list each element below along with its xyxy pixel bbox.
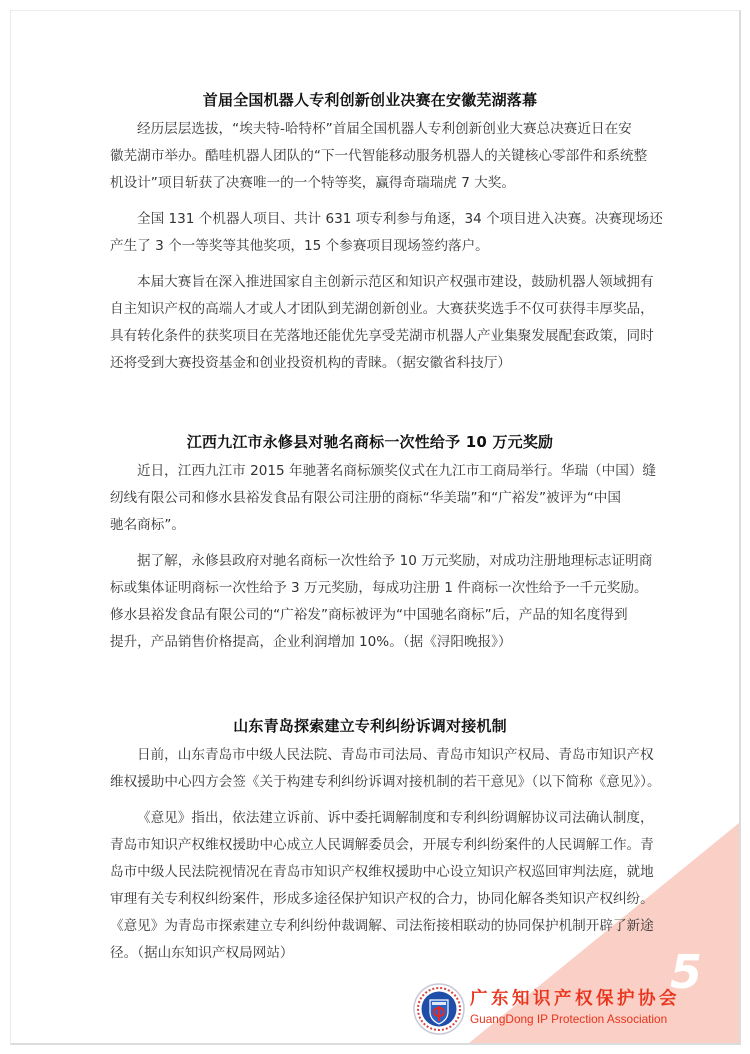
text-line: 修水县裕发食品有限公司的“广裕发”商标被评为“中国驰名商标”后，产品的知名度得到	[110, 602, 630, 629]
article-title: 山东青岛探索建立专利纠纷诉调对接机制	[110, 714, 630, 738]
text-line: 提升，产品销售价格提高，企业利润增加 10%。（据《浔阳晚报》）	[110, 629, 630, 656]
text-line: 近日，江西九江市 2015 年驰著名商标颁奖仪式在九江市工商局举行。华瑞（中国）…	[110, 458, 630, 485]
text-line: 驰名商标”。	[110, 512, 630, 539]
association-emblem-icon	[412, 982, 466, 1036]
text-line: 日前，山东青岛市中级人民法院、青岛市司法局、青岛市知识产权局、青岛市知识产权	[110, 742, 630, 769]
text-line: 《意见》指出，依法建立诉前、诉中委托调解制度和专利纠纷调解协议司法确认制度，	[110, 805, 630, 832]
article-paragraph: 近日，江西九江市 2015 年驰著名商标颁奖仪式在九江市工商局举行。华瑞（中国）…	[110, 458, 630, 539]
article-title: 首届全国机器人专利创新创业决赛在安徽芜湖落幕	[110, 88, 630, 112]
text-line: 青岛市知识产权维权援助中心成立人民调解委员会，开展专利纠纷案件的人民调解工作。青	[110, 832, 630, 859]
text-line: 《意见》为青岛市探索建立专利纠纷仲裁调解、司法衔接相联动的协同保护机制开辟了新途	[110, 913, 630, 940]
text-line: 维权援助中心四方会签《关于构建专利纠纷诉调对接机制的若干意见》（以下简称《意见》…	[110, 769, 630, 796]
text-line: 具有转化条件的获奖项目在芜落地还能优先享受芜湖市机器人产业集聚发展配套政策，同时	[110, 323, 630, 350]
article-paragraph: 据了解，永修县政府对驰名商标一次性给予 10 万元奖励，对成功注册地理标志证明商…	[110, 548, 630, 656]
article-2: 江西九江市永修县对驰名商标一次性给予 10 万元奖励 近日，江西九江市 2015…	[110, 430, 630, 656]
text-line: 据了解，永修县政府对驰名商标一次性给予 10 万元奖励，对成功注册地理标志证明商	[110, 548, 630, 575]
article-title: 江西九江市永修县对驰名商标一次性给予 10 万元奖励	[110, 430, 630, 454]
text-line: 还将受到大赛投资基金和创业投资机构的青睐。（据安徽省科技厅）	[110, 350, 630, 377]
text-line: 标或集体证明商标一次性给予 3 万元奖励，每成功注册 1 件商标一次性给予一千元…	[110, 575, 630, 602]
org-name-cn: 广东知识产权保护协会	[470, 985, 680, 1010]
text-line: 纫线有限公司和修水县裕发食品有限公司注册的商标“华美瑞”和“广裕发”被评为“中国	[110, 485, 630, 512]
text-line: 机设计”项目斩获了决赛唯一的一个特等奖，赢得奇瑞瑞虎 7 大奖。	[110, 170, 630, 197]
org-name-en: GuangDong IP Protection Association	[470, 1012, 667, 1026]
text-line: 径。（据山东知识产权局网站）	[110, 940, 630, 967]
article-3: 山东青岛探索建立专利纠纷诉调对接机制 日前，山东青岛市中级人民法院、青岛市司法局…	[110, 714, 630, 967]
article-paragraph: 《意见》指出，依法建立诉前、诉中委托调解制度和专利纠纷调解协议司法确认制度， 青…	[110, 805, 630, 967]
article-paragraph: 经历层层选拔，“埃夫特-哈特杯”首届全国机器人专利创新创业大赛总决赛近日在安 徽…	[110, 116, 630, 197]
article-1: 首届全国机器人专利创新创业决赛在安徽芜湖落幕 经历层层选拔，“埃夫特-哈特杯”首…	[110, 88, 630, 377]
article-paragraph: 全国 131 个机器人项目、共计 631 项专利参与角逐，34 个项目进入决赛。…	[110, 206, 630, 260]
text-line: 经历层层选拔，“埃夫特-哈特杯”首届全国机器人专利创新创业大赛总决赛近日在安	[110, 116, 630, 143]
text-line: 自主知识产权的高端人才或人才团队到芜湖创新创业。大赛获奖选手不仅可获得丰厚奖品，	[110, 296, 630, 323]
text-line: 本届大赛旨在深入推进国家自主创新示范区和知识产权强市建设，鼓励机器人领域拥有	[110, 269, 630, 296]
text-line: 产生了 3 个一等奖等其他奖项，15 个参赛项目现场签约落户。	[110, 233, 630, 260]
article-paragraph: 日前，山东青岛市中级人民法院、青岛市司法局、青岛市知识产权局、青岛市知识产权 维…	[110, 742, 630, 796]
text-line: 全国 131 个机器人项目、共计 631 项专利参与角逐，34 个项目进入决赛。…	[110, 206, 630, 233]
text-line: 岛市中级人民法院视情况在青岛市知识产权维权援助中心设立知识产权巡回审判法庭，就地	[110, 859, 630, 886]
text-line: 审理有关专利权纠纷案件，形成多途径保护知识产权的合力，协同化解各类知识产权纠纷。	[110, 886, 630, 913]
article-paragraph: 本届大赛旨在深入推进国家自主创新示范区和知识产权强市建设，鼓励机器人领域拥有 自…	[110, 269, 630, 377]
text-line: 徽芜湖市举办。酷哇机器人团队的“下一代智能移动服务机器人的关键核心零部件和系统整	[110, 143, 630, 170]
